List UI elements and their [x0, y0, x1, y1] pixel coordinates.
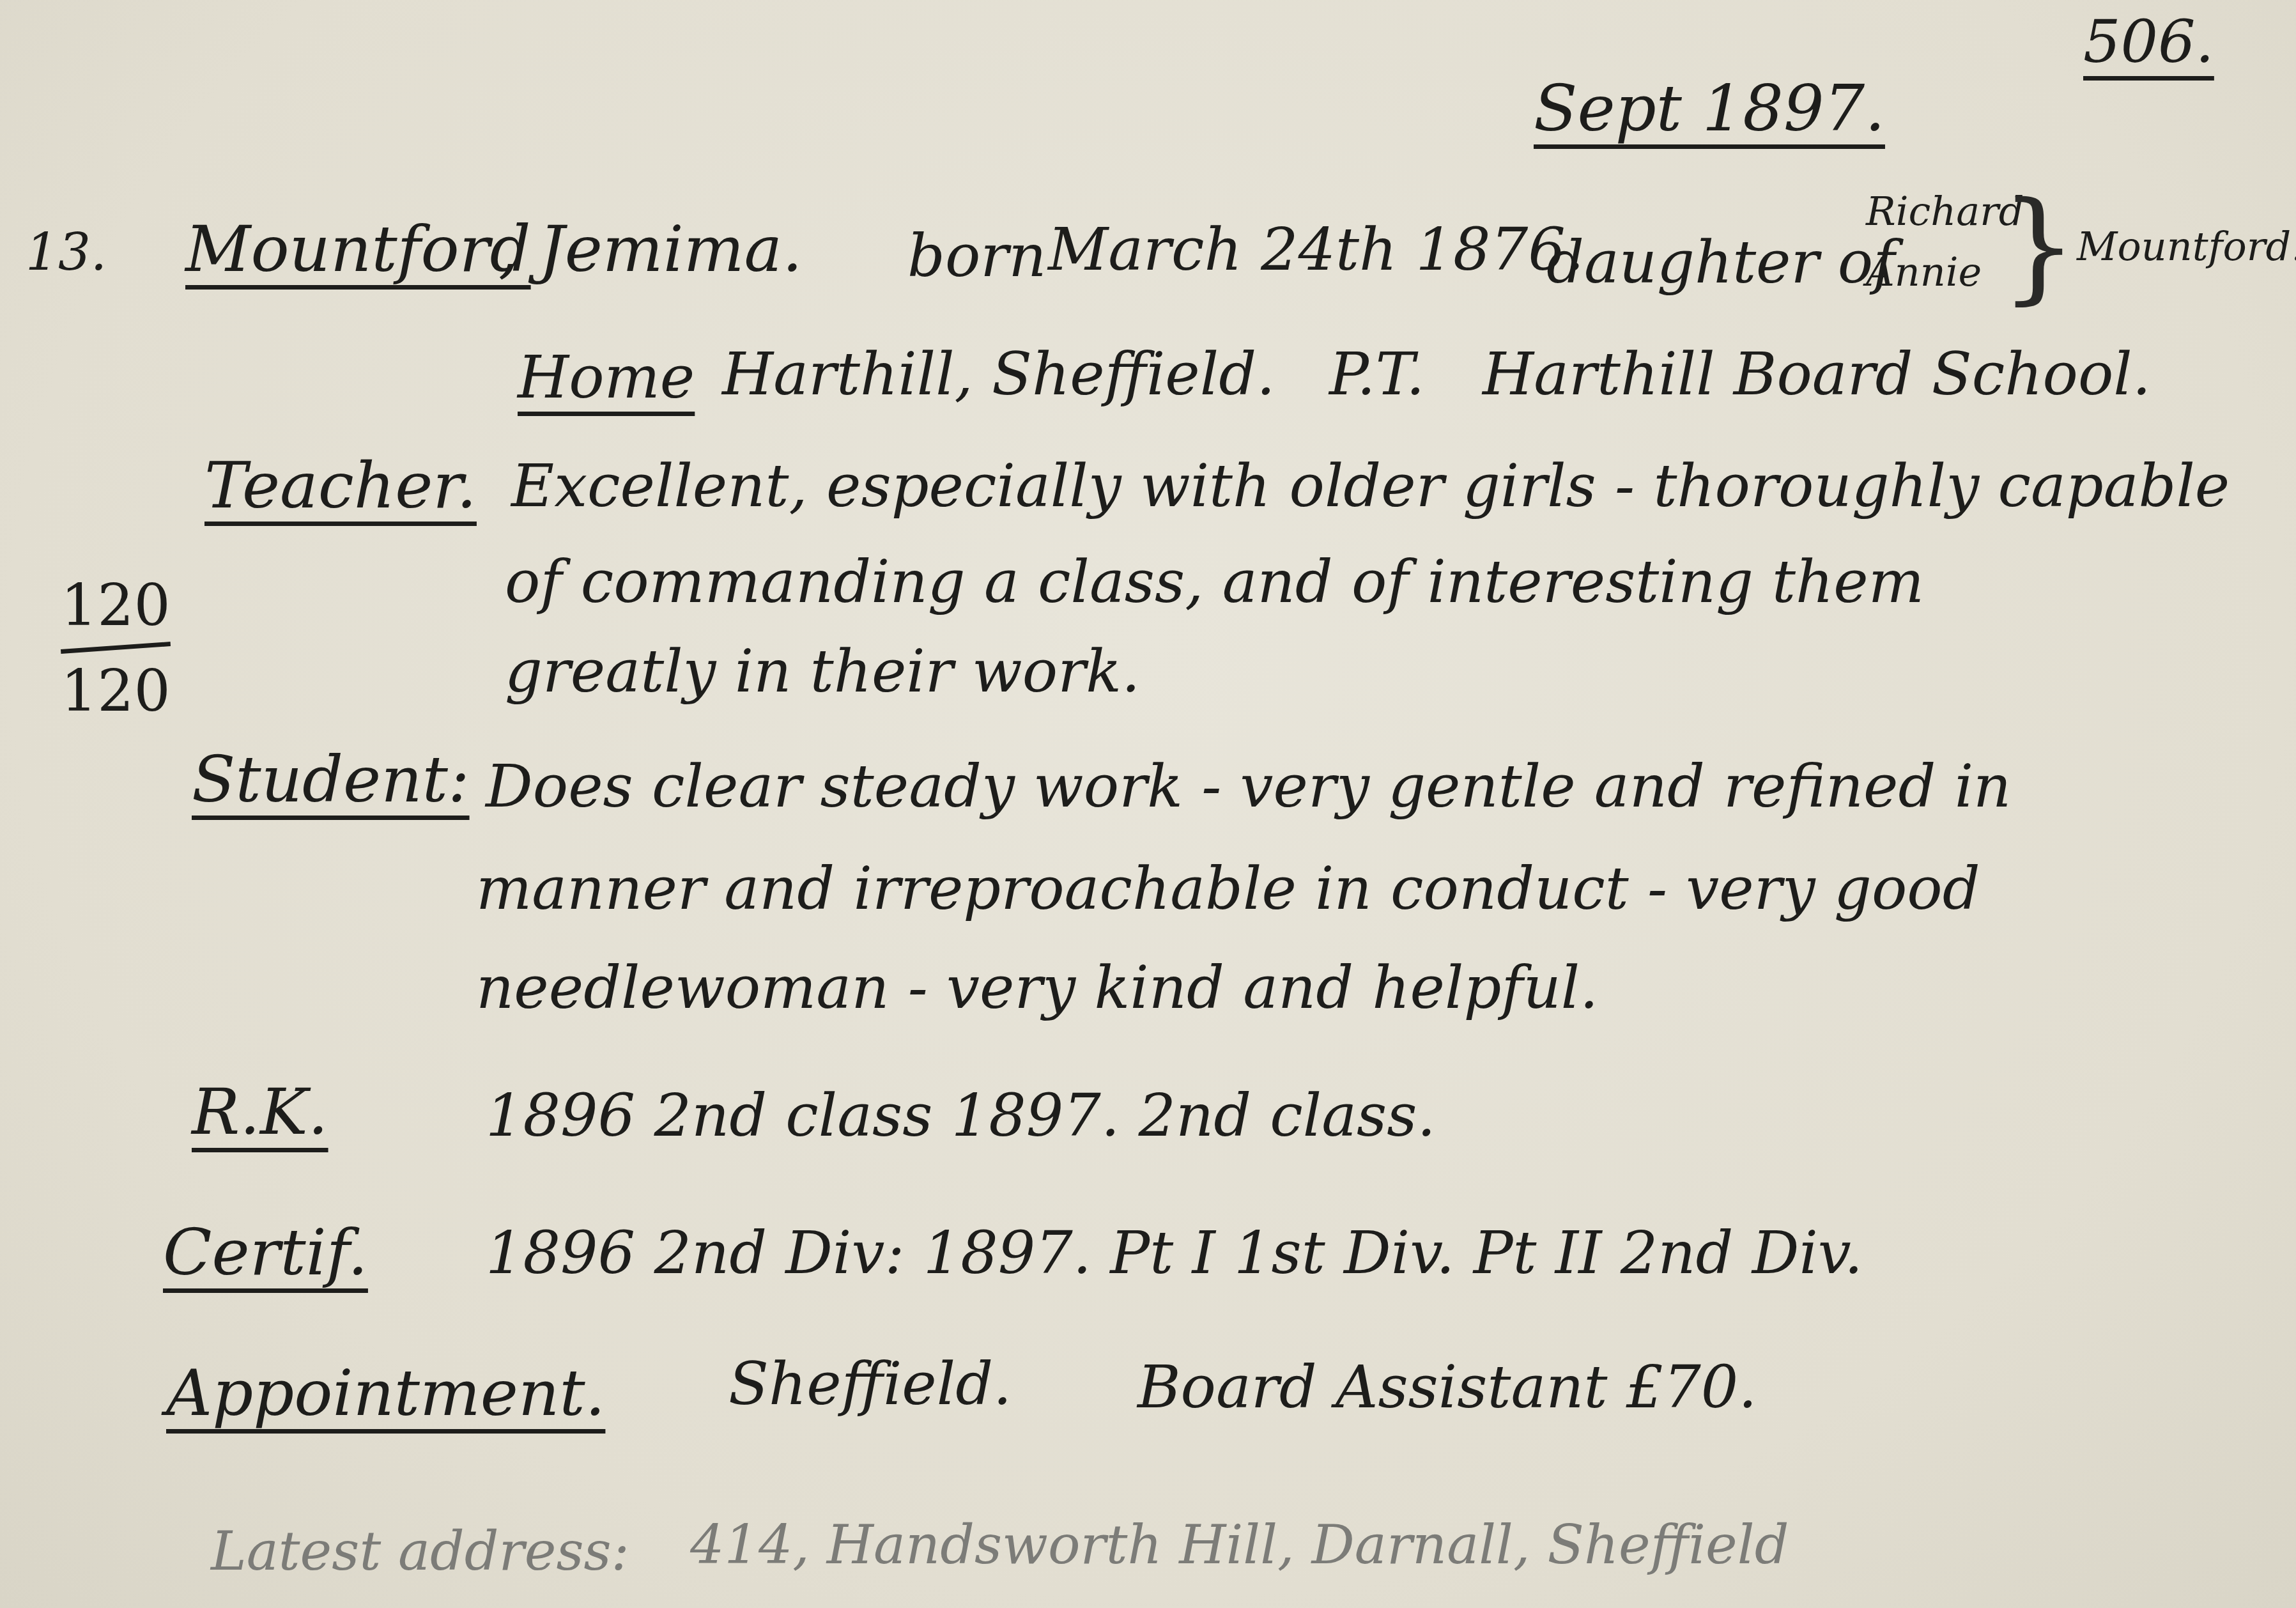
birth-date: March 24th 1876. — [1048, 220, 1584, 279]
score-numerator: 120 — [61, 572, 171, 639]
student-line-2: manner and irreproachable in conduct - v… — [476, 860, 1980, 918]
parents-surname: Mountford. — [2077, 227, 2296, 267]
pt-label: P.T. — [1329, 345, 1425, 404]
score-fraction: 120 120 — [61, 572, 171, 725]
teacher-line-1: Excellent, especially with older girls -… — [511, 457, 2230, 516]
home-value: Harthill, Sheffield. — [722, 345, 1275, 404]
relation: daughter of — [1546, 233, 1895, 292]
parent-mother: Annie — [1866, 252, 1982, 292]
teacher-label: Teacher. — [204, 454, 477, 518]
appointment-post: Board Assistant £70. — [1137, 1358, 1757, 1417]
certif-value: 1896 2nd Div: 1897. Pt I 1st Div. Pt II … — [486, 1224, 1863, 1283]
appointment-label: Appointment. — [166, 1361, 605, 1425]
teacher-line-3: greatly in their work. — [505, 642, 1140, 701]
surname: Mountford — [185, 217, 531, 281]
score-denominator: 120 — [61, 658, 171, 725]
pt-value: Harthill Board School. — [1483, 345, 2151, 404]
latest-address-value: 414, Handsworth Hill, Darnall, Sheffield — [690, 1518, 1789, 1572]
born-label: born — [907, 227, 1047, 286]
student-line-3: needlewoman - very kind and helpful. — [476, 959, 1598, 1017]
rk-label: R.K. — [192, 1080, 328, 1144]
appointment-place: Sheffield. — [728, 1355, 1012, 1414]
given-name: , Jemima. — [498, 217, 803, 281]
student-line-1: Does clear steady work - very gentle and… — [486, 757, 2011, 816]
entry-number: 13. — [26, 227, 107, 278]
teacher-line-2: of commanding a class, and of interestin… — [505, 553, 1924, 612]
fraction-bar — [61, 642, 171, 654]
page-number: 506. — [2083, 13, 2214, 72]
rk-value: 1896 2nd class 1897. 2nd class. — [486, 1086, 1436, 1145]
latest-address-label: Latest address: — [211, 1524, 629, 1578]
home-label: Home — [518, 348, 695, 407]
date-header: Sept 1897. — [1534, 77, 1885, 141]
certif-label: Certif. — [163, 1221, 368, 1285]
brace-icon: } — [2000, 185, 2077, 307]
student-label: Student: — [192, 748, 470, 812]
